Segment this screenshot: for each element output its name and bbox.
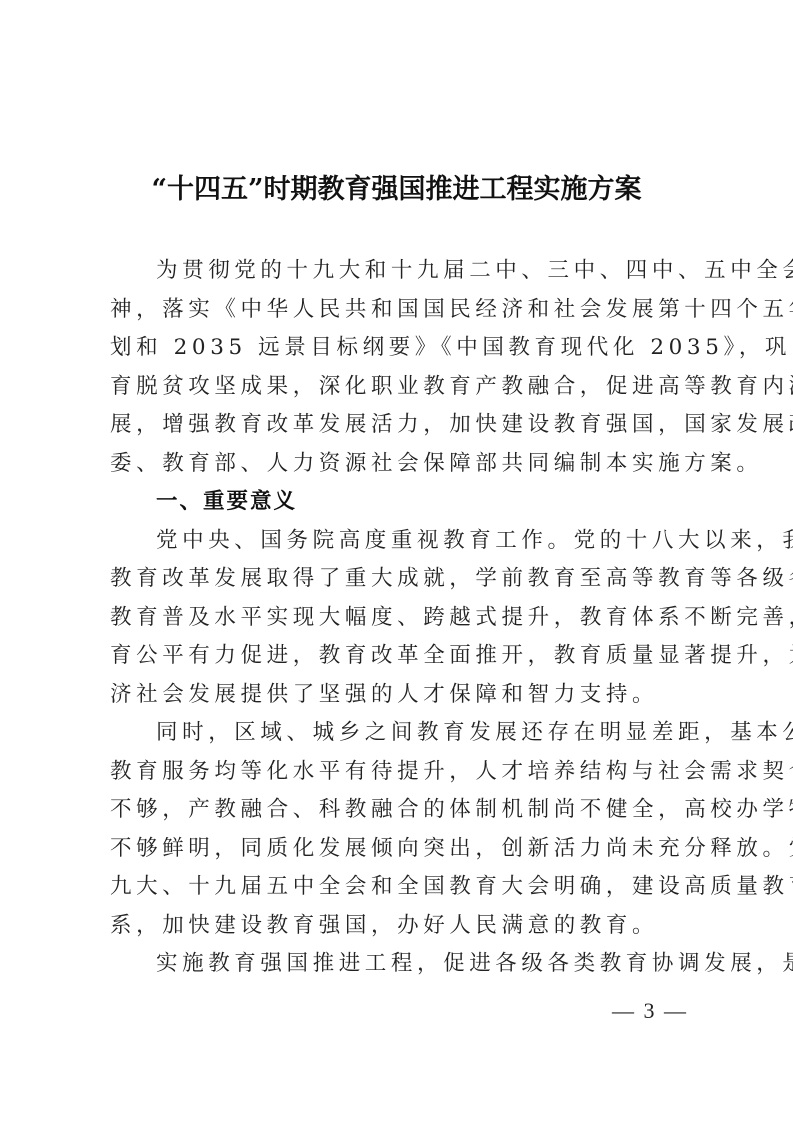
paragraph-gaps-line-5: 九大、十九届五中全会和全国教育大会明确，建设高质量教育体 (110, 868, 692, 907)
paragraph-achievements-line-3: 教育普及水平实现大幅度、跨越式提升，教育体系不断完善，教 (110, 599, 692, 638)
paragraph-gaps-line-3: 不够，产教融合、科教融合的体制机制尚不健全，高校办学特色仍 (110, 791, 692, 830)
paragraph-gaps-line-4: 不够鲜明，同质化发展倾向突出，创新活力尚未充分释放。党的十 (110, 830, 692, 869)
paragraph-gaps-line-2: 教育服务均等化水平有待提升，人才培养结构与社会需求契合度 (110, 753, 692, 792)
paragraph-intro-line-2: 神，落实《中华人民共和国国民经济和社会发展第十四个五年规 (110, 291, 692, 330)
paragraph-intro-line-5: 展，增强教育改革发展活力，加快建设教育强国，国家发展改革 (110, 406, 692, 445)
paragraph-intro-line-6: 委、教育部、人力资源社会保障部共同编制本实施方案。 (110, 445, 692, 484)
paragraph-gaps-line-1: 同时，区域、城乡之间教育发展还存在明显差距，基本公共 (110, 714, 692, 753)
document-title: “十四五”时期教育强国推进工程实施方案 (0, 172, 793, 208)
page-number: — 3 — (612, 998, 688, 1024)
paragraph-intro-line-4: 育脱贫攻坚成果，深化职业教育产教融合，促进高等教育内涵发 (110, 368, 692, 407)
paragraph-gaps-line-6: 系，加快建设教育强国，办好人民满意的教育。 (110, 907, 692, 946)
paragraph-implementation-line-1: 实施教育强国推进工程，促进各级各类教育协调发展，是促 (110, 945, 692, 984)
paragraph-achievements-line-2: 教育改革发展取得了重大成就，学前教育至高等教育等各级各类 (110, 560, 692, 599)
document-page: “十四五”时期教育强国推进工程实施方案 为贯彻党的十九大和十九届二中、三中、四中… (0, 0, 793, 1122)
paragraph-achievements-line-5: 济社会发展提供了坚强的人才保障和智力支持。 (110, 676, 692, 715)
paragraph-intro-line-1: 为贯彻党的十九大和十九届二中、三中、四中、五中全会精 (110, 252, 692, 291)
section-heading-significance: 一、重要意义 (110, 483, 692, 522)
paragraph-achievements-line-4: 育公平有力促进，教育改革全面推开，教育质量显著提升，为经 (110, 637, 692, 676)
document-body: 为贯彻党的十九大和十九届二中、三中、四中、五中全会精 神，落实《中华人民共和国国… (110, 252, 692, 984)
paragraph-intro-line-3: 划和 2035 远景目标纲要》《中国教育现代化 2035》，巩固基础教 (110, 329, 692, 368)
paragraph-achievements-line-1: 党中央、国务院高度重视教育工作。党的十八大以来，我国 (110, 522, 692, 561)
